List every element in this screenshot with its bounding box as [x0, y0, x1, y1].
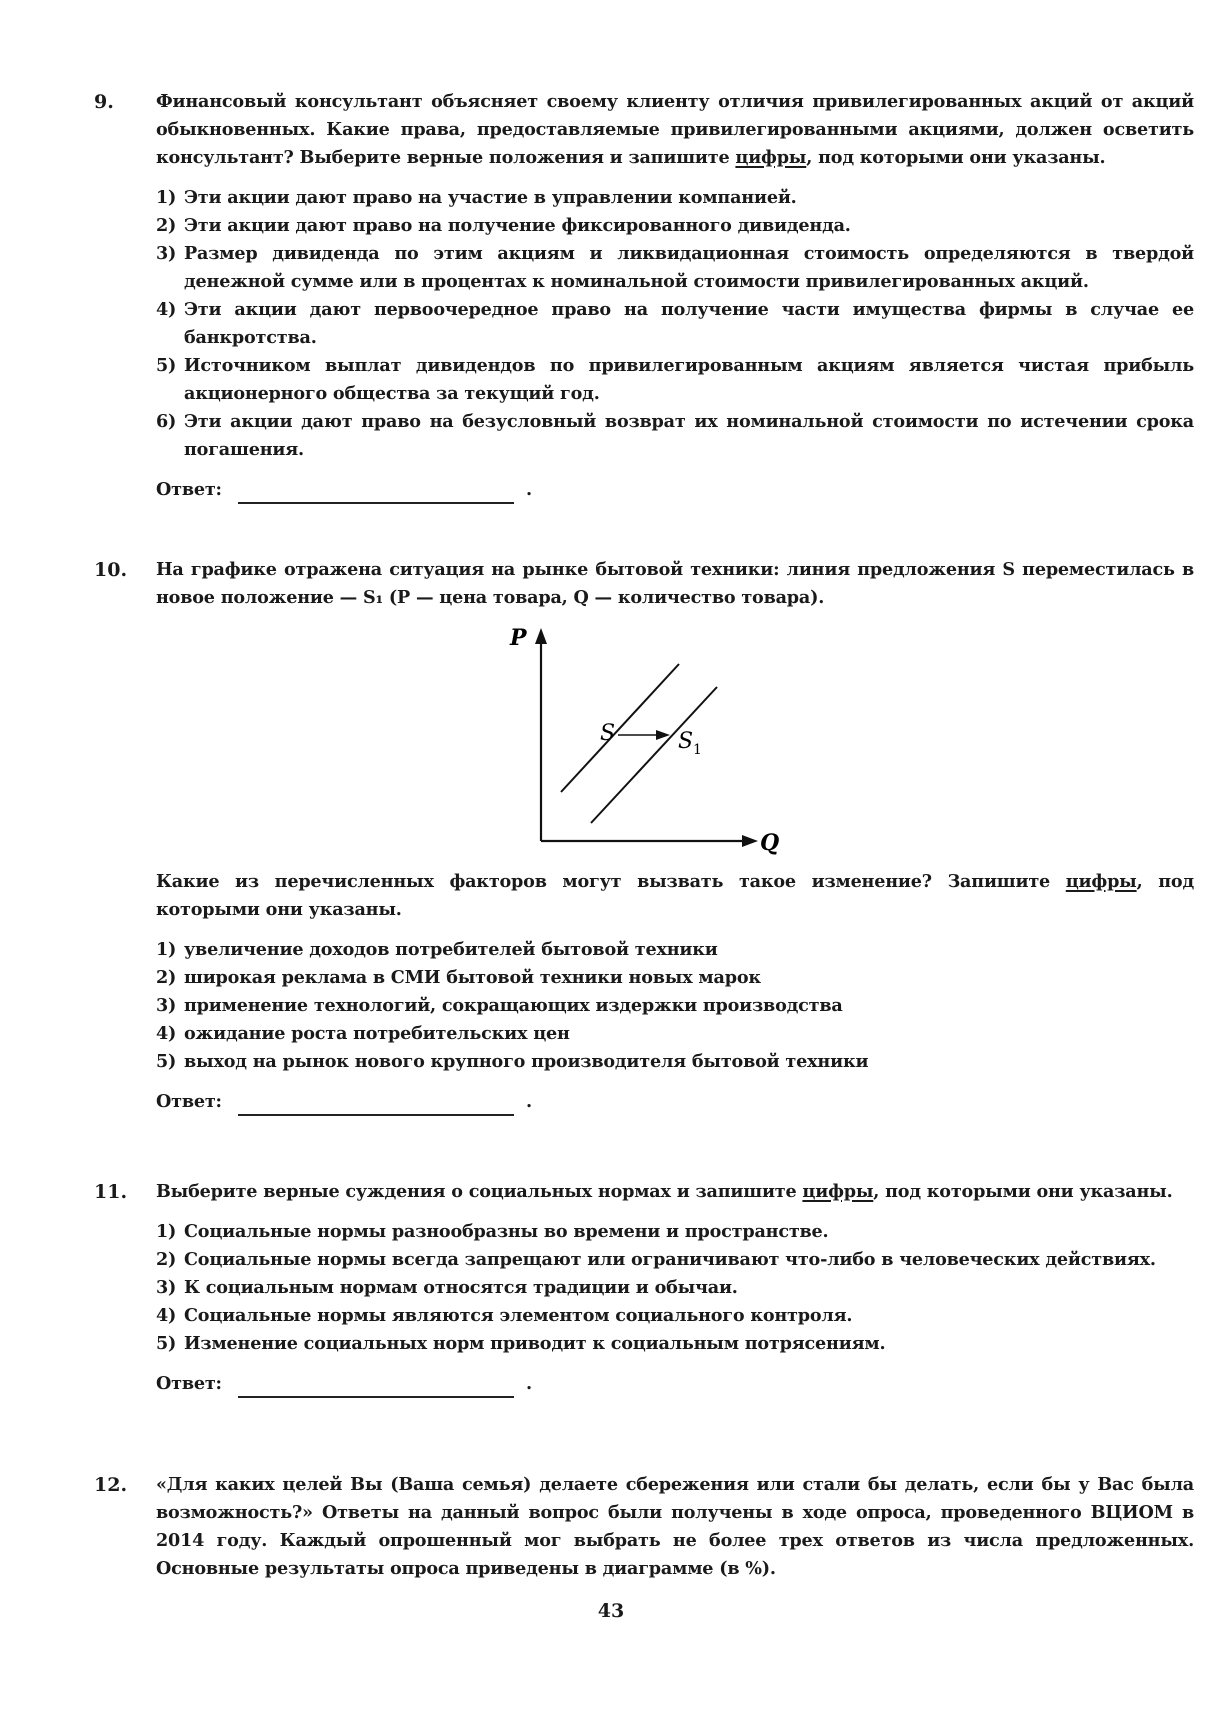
answer-field[interactable]	[238, 1092, 514, 1116]
shift-arrow-icon	[656, 730, 670, 740]
task-10-question: Какие из перечисленных факторов могут вы…	[94, 868, 1194, 1116]
option-item: 1)Эти акции дают право на участие в упра…	[156, 184, 1194, 212]
task-number: 10.	[94, 556, 127, 584]
task-prompt: Выберите верные суждения о социальных но…	[156, 1178, 1194, 1206]
supply-curve-s	[561, 664, 679, 792]
answer-field[interactable]	[238, 1374, 514, 1398]
option-item: 3)Размер дивиденда по этим акциям и ликв…	[156, 240, 1194, 296]
task-number: 12.	[94, 1471, 127, 1499]
answer-row: Ответ: .	[156, 1086, 1194, 1116]
option-item: 2)Социальные нормы всегда запрещают или …	[156, 1246, 1194, 1274]
option-item: 3)К социальным нормам относятся традиции…	[156, 1274, 1194, 1302]
emphasis-digits: цифры	[802, 1181, 873, 1202]
task-number: 9.	[94, 88, 114, 116]
option-item: 3)применение технологий, сокращающих изд…	[156, 992, 1194, 1020]
options-list: 1)Социальные нормы разнообразны во време…	[156, 1218, 1194, 1358]
task-12: 12. «Для каких целей Вы (Ваша семья) дел…	[94, 1471, 1194, 1583]
page-number: 43	[0, 1600, 1222, 1622]
task-10: 10. На графике отражена ситуация на рынк…	[94, 556, 1194, 612]
option-item: 2)Эти акции дают право на получение фикс…	[156, 212, 1194, 240]
answer-label: Ответ:	[156, 1088, 238, 1116]
option-item: 4)Эти акции дают первоочередное право на…	[156, 296, 1194, 352]
answer-field[interactable]	[238, 480, 514, 504]
x-axis-arrow-icon	[742, 835, 758, 847]
options-list: 1)Эти акции дают право на участие в упра…	[156, 184, 1194, 464]
workbook-page: 9. Финансовый консультант объясняет свое…	[0, 0, 1222, 1712]
emphasis-digits: цифры	[735, 147, 806, 168]
option-item: 1)Социальные нормы разнообразны во време…	[156, 1218, 1194, 1246]
supply-shift-graph: P Q S S 1	[490, 620, 790, 860]
option-item: 6)Эти акции дают право на безусловный во…	[156, 408, 1194, 464]
y-axis-label: P	[509, 625, 528, 651]
option-item: 5)Изменение социальных норм приводит к с…	[156, 1330, 1194, 1358]
options-list: 1)увеличение доходов потребителей бытово…	[156, 936, 1194, 1076]
curve-s-label: S	[600, 721, 615, 746]
answer-label: Ответ:	[156, 476, 238, 504]
x-axis-label: Q	[760, 830, 779, 856]
task-11: 11. Выберите верные суждения о социальны…	[94, 1178, 1194, 1398]
option-item: 1)увеличение доходов потребителей бытово…	[156, 936, 1194, 964]
task-question: Какие из перечисленных факторов могут вы…	[156, 868, 1194, 924]
option-item: 5)выход на рынок нового крупного произво…	[156, 1048, 1194, 1076]
option-item: 4)Социальные нормы являются элементом со…	[156, 1302, 1194, 1330]
option-item: 5)Источником выплат дивидендов по привил…	[156, 352, 1194, 408]
option-item: 4)ожидание роста потребительских цен	[156, 1020, 1194, 1048]
task-prompt: На графике отражена ситуация на рынке бы…	[156, 556, 1194, 612]
task-number: 11.	[94, 1178, 127, 1206]
curve-s1-label: S	[678, 729, 693, 754]
curve-s1-subscript: 1	[693, 742, 702, 758]
answer-row: Ответ: .	[156, 1368, 1194, 1398]
task-prompt: Финансовый консультант объясняет своему …	[156, 88, 1194, 172]
answer-label: Ответ:	[156, 1370, 238, 1398]
task-prompt: «Для каких целей Вы (Ваша семья) делаете…	[156, 1471, 1194, 1583]
option-item: 2)широкая реклама в СМИ бытовой техники …	[156, 964, 1194, 992]
emphasis-digits: цифры	[1066, 871, 1137, 892]
task-9: 9. Финансовый консультант объясняет свое…	[94, 88, 1194, 504]
y-axis-arrow-icon	[535, 628, 547, 644]
answer-row: Ответ: .	[156, 474, 1194, 504]
